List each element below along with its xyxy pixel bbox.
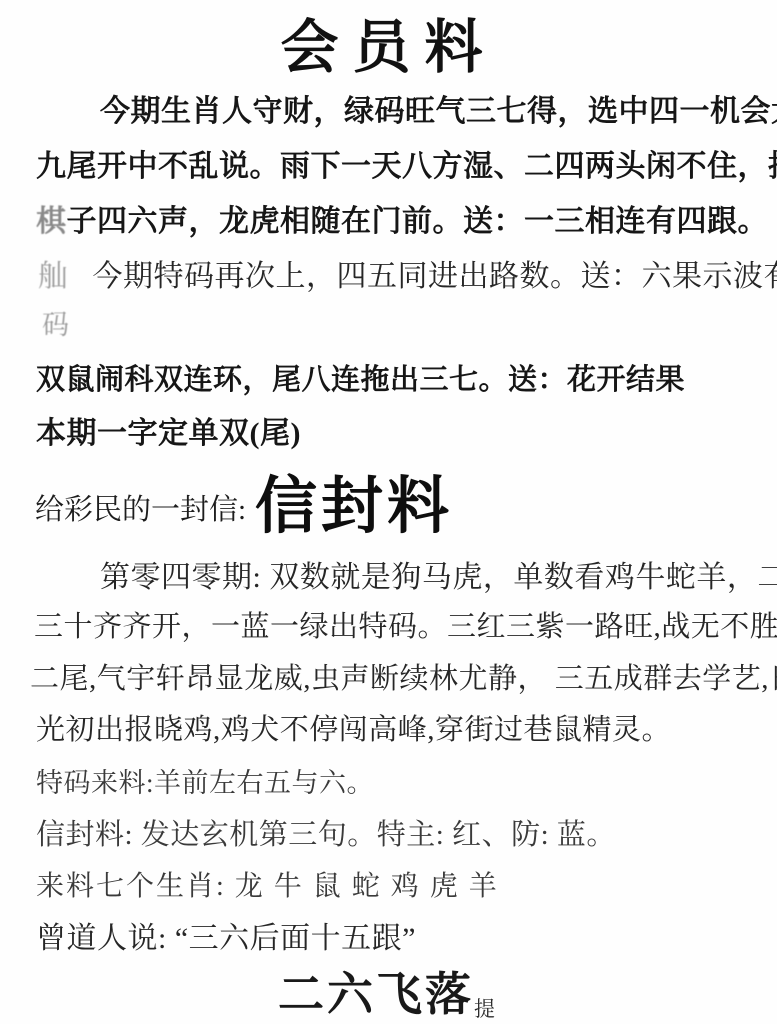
letter-body-line-4: 光初出报晓鸡,鸡犬不停闯高峰,穿街过巷鼠精灵。 (36, 707, 671, 748)
letter-intro-label: 给彩民的一封信: (35, 487, 246, 528)
member-tips-line-4-text: 今期特码再次上，四五同进出路数。送：六果示波有特 (93, 260, 777, 293)
member-tips-line-2: 九尾开中不乱说。雨下一天八方湿、二四两头闲不住，指敲 (36, 141, 777, 185)
footer-small-text: 提 (474, 997, 495, 1021)
zodiac-line: 来料七个生肖: 龙 牛 鼠 蛇 鸡 虎 羊 (36, 864, 499, 904)
footer-line: 二六飞落提 (278, 958, 495, 1024)
member-tips-line-4: 舢今期特码再次上，四五同进出路数。送：六果示波有特 (38, 251, 777, 295)
member-tips-line-3-text: 子四六声，龙虎相随在门前。送：一三相连有四跟。 (67, 205, 769, 238)
print-artifact-mark: 舢 (38, 260, 69, 293)
footer-big-text: 二六飞落 (278, 969, 474, 1020)
member-tips-line-3: 棋子四六声，龙虎相随在门前。送：一三相连有四跟。 (36, 196, 768, 240)
faded-character: 棋 (36, 205, 67, 238)
special-code-line: 特码来料:羊前左右五与六。 (36, 761, 374, 800)
member-tips-line-5-faded: 码 (42, 303, 70, 342)
scanned-document-page: 会员料 今期生肖人守财，绿码旺气三七得，选中四一机会大， 九尾开中不乱说。雨下一… (0, 0, 777, 1024)
letter-body-line-2: 三十齐齐开，一蓝一绿出特码。三红三紫一路旺,战无不胜一 (34, 604, 777, 645)
member-tips-line-1: 今期生肖人守财，绿码旺气三七得，选中四一机会大， (100, 86, 777, 130)
envelope-material-line: 信封料: 发达玄机第三句。特主: 红、防: 蓝。 (36, 812, 616, 853)
page-title: 会员料 (0, 0, 777, 84)
letter-body-line-1: 第零四零期: 双数就是狗马虎，单数看鸡牛蛇羊，二九 (100, 552, 777, 596)
letter-body-line-3: 二尾,气宇轩昂显龙威,虫声断续林尤静， 三五成群去学艺,日 (30, 656, 777, 697)
member-tips-line-6: 双鼠闹科双连环，尾八连拖出三七。送：花开结果 (36, 357, 685, 398)
letter-heading: 信封料 (255, 456, 453, 545)
member-tips-line-7: 本期一字定单双(尾) (36, 408, 301, 452)
quote-line: 曾道人说: “三六后面十五跟” (36, 913, 416, 957)
